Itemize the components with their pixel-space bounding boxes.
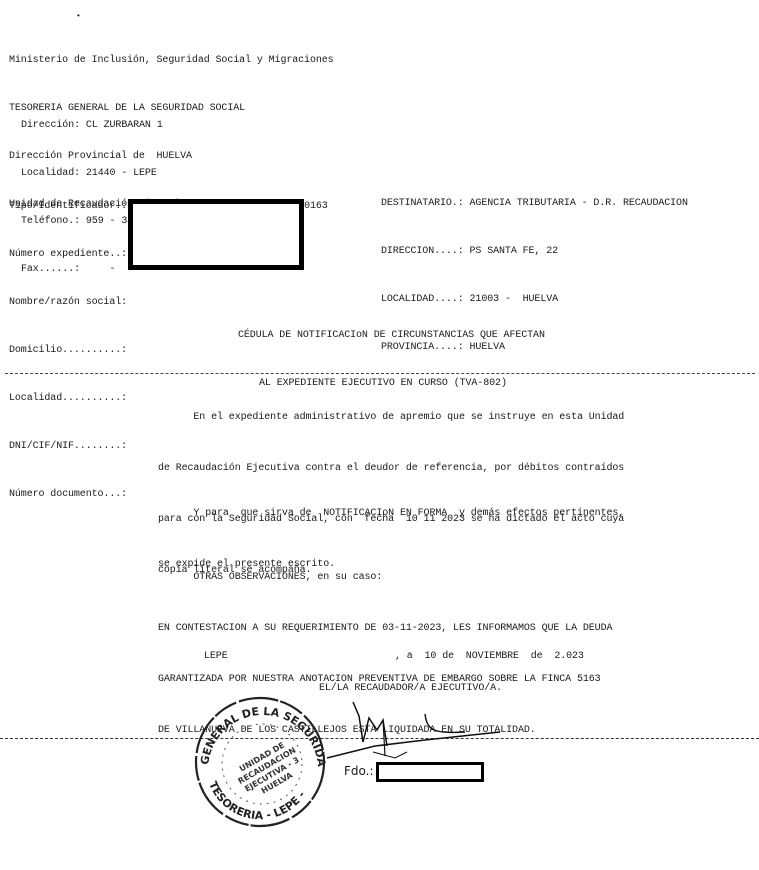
tipo-label: Tipo/Identificador.: (9, 201, 127, 212)
observations-label: OTRAS OBSERVACIONES, en su caso: (158, 569, 612, 586)
closing-place: LEPE (204, 651, 228, 662)
recipient-address: DIRECCION....: PS SANTA FE, 22 (381, 244, 688, 260)
signer-name-redaction-box (376, 762, 484, 782)
issuer-street: Dirección: CL ZURBARAN 1 (21, 118, 163, 134)
official-seal-stamp: GENERAL DE LA SEGURIDAD SOCIAL TESORERIA… (190, 690, 330, 830)
handwritten-signature (315, 700, 505, 760)
regimen-value: 0163 (304, 201, 328, 212)
scan-mark: • (76, 12, 81, 21)
ministry-name: Ministerio de Inclusión, Seguridad Socia… (9, 53, 334, 69)
signer-title: EL/LA RECAUDADOR/A EJECUTIVO/A. (319, 683, 502, 694)
debtor-redaction-box (128, 199, 304, 270)
fdo-label: Fdo.: (344, 764, 374, 778)
recipient-name: DESTINATARIO.: AGENCIA TRIBUTARIA - D.R.… (381, 196, 688, 212)
expediente-label: Número expediente..: (9, 249, 127, 260)
scan-fold-line (5, 373, 755, 374)
closing-date: , a 10 de NOVIEMBRE de 2.023 (395, 651, 584, 662)
title-line-1: CÉDULA DE NOTIFICACIoN DE CIRCUNSTANCIAS… (238, 328, 545, 344)
